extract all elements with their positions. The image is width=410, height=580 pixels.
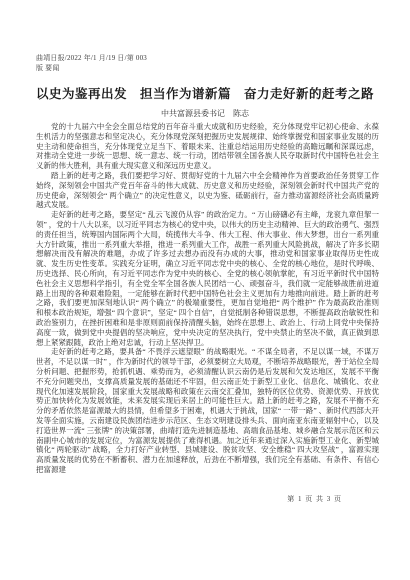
publication-info: 曲靖日报/2022 年/1 月/19 日/第 003 版 要闻 — [36, 53, 147, 73]
publication-info-line2: 版 要闻 — [36, 63, 147, 73]
byline: 中共富源县委书记 陈志 — [0, 108, 410, 119]
article-paragraph: 走好新的赶考之路，要具备“ 不畏浮云遮望眼” 的战略眼光。“ 不谋全局者，不足以… — [36, 347, 379, 474]
article-paragraph: 走好新的赶考之路，要坚定“ 乱云飞渡仍从容” 的政治定力。“ 万山磅礴必有主峰，… — [36, 210, 379, 347]
page-number-footer: 第 1 页 共 3 页 — [287, 494, 342, 504]
publication-info-line1: 曲靖日报/2022 年/1 月/19 日/第 003 — [36, 53, 147, 63]
article-paragraph: 踏上新的赶考之路，我们要把学习好、贯彻好党的十九届六中全会精神作为首要政治任务贯… — [36, 171, 379, 210]
article-paragraph: 党的十九届六中全会全面总结党的百年奋斗重大成就和历史经验，充分体现党牢记初心使命… — [36, 122, 379, 171]
article-body: 党的十九届六中全会全面总结党的百年奋斗重大成就和历史经验，充分体现党牢记初心使命… — [36, 122, 379, 475]
document-page: 曲靖日报/2022 年/1 月/19 日/第 003 版 要闻 以史为鉴再出发 … — [0, 0, 410, 580]
page-title: 以史为鉴再出发 担当作为谱新篇 奋力走好新的赶考之路 — [20, 84, 390, 102]
